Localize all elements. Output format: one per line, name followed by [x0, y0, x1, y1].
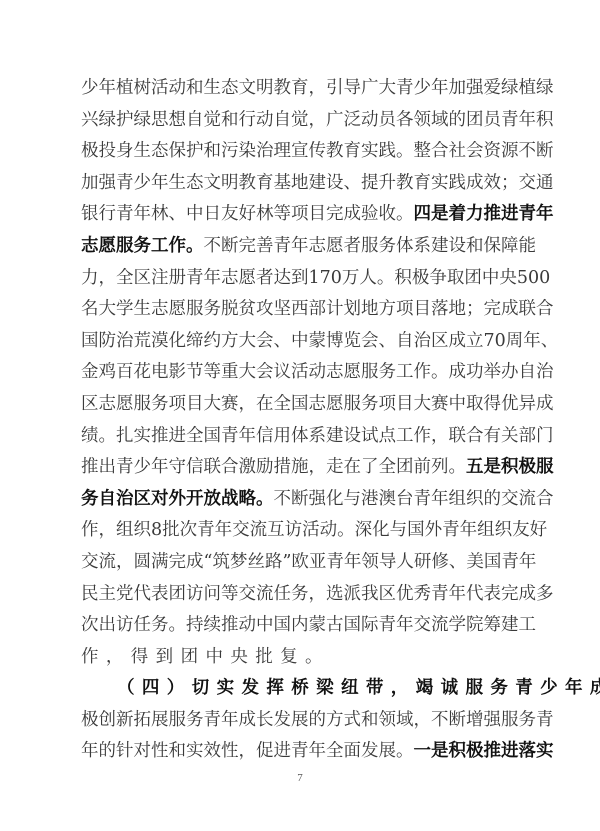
text-char: 爱 [484, 73, 502, 105]
text-char: 完 [501, 579, 519, 611]
text-char: 实 [361, 136, 379, 168]
text-char: 体 [396, 231, 414, 263]
text-char: 目 [309, 199, 327, 231]
text-char: 完 [239, 231, 257, 263]
text-char: 中 [291, 326, 309, 358]
text-char: 友 [512, 515, 530, 547]
text-char: 合 [466, 421, 484, 453]
text-char: 优 [501, 389, 519, 421]
bold-text-char: 是 [484, 452, 502, 484]
text-char: 保 [484, 231, 502, 263]
text-char: 教 [396, 168, 414, 200]
text-char: 能 [519, 231, 537, 263]
text-char: 广 [326, 105, 344, 137]
text-char: 员 [379, 105, 397, 137]
text-char: 建 [431, 231, 449, 263]
text-char: 拓 [134, 705, 152, 737]
text-char: 蒙 [309, 610, 327, 642]
text-char: 举 [484, 357, 502, 389]
text-char: 持 [186, 610, 204, 642]
text-char: 导 [379, 547, 397, 579]
text-char: 域 [431, 105, 449, 137]
text-char: 生 [134, 136, 152, 168]
text-char: 。 [396, 736, 414, 768]
text-char: 化 [169, 326, 187, 358]
text-char: 成 [536, 389, 554, 421]
text-char: 工 [396, 357, 414, 389]
text-char: 性 [221, 736, 239, 768]
text-char: 年 [81, 736, 99, 768]
bold-text-char: 志 [81, 231, 99, 263]
text-char: 的 [99, 736, 117, 768]
bold-text-char: ） [167, 673, 185, 705]
text-char: 验 [361, 199, 379, 231]
text-char: 赛 [431, 389, 449, 421]
text-char: 少 [134, 168, 152, 200]
text-char: 览 [344, 326, 362, 358]
text-char: 系 [414, 231, 432, 263]
text-char: 绿 [501, 73, 519, 105]
text-char: 行 [239, 105, 257, 137]
bold-text-char: 年 [565, 673, 583, 705]
text-char: 染 [239, 136, 257, 168]
text-char: 促 [256, 736, 274, 768]
text-char: 织 [466, 484, 484, 516]
text-line: 力，全区注册青年志愿者达到170万人。积极争取团中央500 [81, 263, 519, 295]
text-line: 名大学生志愿服务脱贫攻坚西部计划地方项目落地；完成联合 [81, 294, 519, 326]
text-char: 完 [326, 199, 344, 231]
text-char: 青 [204, 705, 222, 737]
text-char: 交 [81, 547, 99, 579]
bold-text-char: 桥 [291, 673, 309, 705]
bold-text-char: 服 [116, 231, 134, 263]
text-char: 加 [81, 168, 99, 200]
text-char: 领 [361, 547, 379, 579]
text-line: 交流，圆满完成“筑梦丝路”欧亚青年领导人研修、美国青年 [81, 547, 519, 579]
text-char: 联 [204, 452, 222, 484]
text-char: 圆 [134, 547, 152, 579]
text-char: 团 [181, 642, 199, 674]
text-char: 试 [361, 421, 379, 453]
text-char: 筑 [212, 547, 230, 579]
text-char: 不 [519, 136, 537, 168]
text-char: 年 [291, 231, 309, 263]
text-char: 地 [291, 168, 309, 200]
text-char: 续 [204, 610, 222, 642]
text-char: 育 [414, 168, 432, 200]
text-char: 年 [239, 421, 257, 453]
text-char: 的 [484, 484, 502, 516]
bold-text-char: 竭 [416, 673, 434, 705]
bold-text-char: 实 [536, 736, 554, 768]
text-char: 作 [81, 642, 99, 674]
bold-text-char: 进 [501, 199, 519, 231]
text-char: 学 [449, 610, 467, 642]
text-char: 引 [326, 73, 344, 105]
text-char: 教 [274, 73, 292, 105]
text-char: 青 [221, 421, 239, 453]
text-char: 到 [291, 263, 309, 295]
text-char: 志 [99, 389, 117, 421]
text-char: 前 [414, 452, 432, 484]
text-char: 博 [326, 326, 344, 358]
text-char: 流 [250, 515, 268, 547]
text-char: 动 [361, 105, 379, 137]
text-char: 志 [309, 389, 327, 421]
text-char: 、 [449, 547, 467, 579]
text-char: 争 [429, 263, 447, 295]
text-char: 年 [134, 199, 152, 231]
text-char: 、 [541, 326, 559, 358]
bold-text-char: 四 [414, 199, 432, 231]
text-char: 愿 [239, 263, 257, 295]
text-char: 团 [466, 105, 484, 137]
bold-text-char: 作 [169, 231, 187, 263]
text-char: 育 [291, 73, 309, 105]
text-char: 强 [466, 73, 484, 105]
text-char: 绿 [134, 105, 152, 137]
text-char: 少 [414, 73, 432, 105]
text-char: 青 [501, 105, 519, 137]
text-char: 态 [186, 168, 204, 200]
text-char: 脱 [221, 294, 239, 326]
bold-text-char: 青 [519, 199, 537, 231]
text-char: ， [106, 642, 124, 674]
text-char: 批 [162, 515, 180, 547]
text-char: 整 [414, 136, 432, 168]
text-char: 合 [431, 136, 449, 168]
text-char: 年 [449, 579, 467, 611]
text-char: 项 [379, 389, 397, 421]
text-char: 态 [151, 136, 169, 168]
text-char: 我 [361, 579, 379, 611]
text-char: 在 [344, 452, 362, 484]
text-char: 护 [186, 136, 204, 168]
bold-text-char: 年 [536, 199, 554, 231]
bold-text-char: 挥 [266, 673, 284, 705]
text-char: 交 [414, 610, 432, 642]
text-char: 成 [186, 547, 204, 579]
text-line: 志愿服务工作。不断完善青年志愿者服务体系建设和保障能 [81, 231, 519, 263]
text-char: 自 [186, 105, 204, 137]
text-char: 服 [186, 294, 204, 326]
text-char: 大 [99, 294, 117, 326]
text-char: 年 [221, 705, 239, 737]
text-char: 领 [379, 705, 397, 737]
text-char: 人 [396, 547, 414, 579]
text-char: 极 [81, 136, 99, 168]
text-char: 交 [239, 579, 257, 611]
text-line: 作，得到团中央批复。 [81, 642, 519, 674]
text-char: 流 [99, 547, 117, 579]
text-char: 得 [484, 389, 502, 421]
text-char: 建 [501, 610, 519, 642]
text-char: 域 [396, 705, 414, 737]
text-char: 年 [151, 452, 169, 484]
document-body-text: 少年植树活动和生态文明教育，引导广大青少年加强爱绿植绿兴绿护绿思想自觉和行动自觉… [81, 73, 519, 768]
text-char: 访 [285, 515, 303, 547]
text-char: 工 [396, 421, 414, 453]
text-char: 设 [326, 168, 344, 200]
text-char: 成 [449, 326, 467, 358]
text-char: 想 [169, 105, 187, 137]
text-char: 地 [449, 294, 467, 326]
text-line: （四）切实发挥桥梁纽带，竭诚服务青少年成长成才。积 [81, 673, 519, 705]
text-char: 8 [151, 515, 162, 547]
text-char: 流 [519, 484, 537, 516]
text-char: 合 [536, 484, 554, 516]
text-char: 台 [396, 484, 414, 516]
text-char: 。 [396, 136, 414, 168]
text-char: 国 [407, 515, 425, 547]
text-char: 中 [256, 610, 274, 642]
text-char: 联 [519, 294, 537, 326]
text-line: 极创新拓展服务青年成长发展的方式和领域，不断增强服务青 [81, 705, 519, 737]
text-char: 愿 [326, 389, 344, 421]
text-char: ， [431, 421, 449, 453]
text-char: 扎 [116, 421, 134, 453]
text-char: 组 [116, 515, 134, 547]
text-char: 青 [536, 705, 554, 737]
text-char: 升 [379, 168, 397, 200]
text-char: 明 [221, 168, 239, 200]
text-char: 内 [291, 610, 309, 642]
text-char: 500 [517, 263, 550, 295]
text-char: 青 [442, 515, 460, 547]
text-line: 兴绿护绿思想自觉和行动自觉，广泛动员各领域的团员青年积 [81, 105, 519, 137]
text-char: 复 [280, 642, 298, 674]
text-char: 针 [116, 736, 134, 768]
text-char: 多 [536, 579, 554, 611]
text-char: 务 [151, 610, 169, 642]
text-char: 古 [326, 610, 344, 642]
bold-text-char: 务 [134, 231, 152, 263]
text-char: 全 [326, 736, 344, 768]
bold-text-char: 开 [186, 484, 204, 516]
text-char: 体 [291, 421, 309, 453]
text-char: 加 [449, 73, 467, 105]
text-char: 区 [431, 326, 449, 358]
text-char: ” [282, 547, 291, 579]
text-char: 务 [379, 231, 397, 263]
text-char: 好 [530, 515, 548, 547]
text-char: 动 [239, 610, 257, 642]
text-char: ， [309, 73, 327, 105]
text-char: 者 [256, 263, 274, 295]
text-char: 员 [484, 105, 502, 137]
text-char: 大 [239, 326, 257, 358]
text-char: 门 [536, 421, 554, 453]
text-char: 进 [274, 736, 292, 768]
text-char: 满 [151, 547, 169, 579]
text-char: 计 [326, 294, 344, 326]
text-char: 议 [274, 357, 292, 389]
text-char: 缔 [186, 326, 204, 358]
text-char: 作 [81, 515, 99, 547]
text-char: 约 [204, 326, 222, 358]
text-char: 划 [344, 294, 362, 326]
text-char: 区 [81, 389, 99, 421]
text-char: 动 [320, 515, 338, 547]
text-char: 志 [309, 231, 327, 263]
text-char: 工 [519, 610, 537, 642]
text-char: 交 [501, 484, 519, 516]
text-char: 赛 [221, 389, 239, 421]
text-char: 的 [309, 705, 327, 737]
bold-text-char: 推 [484, 199, 502, 231]
text-char: 效 [204, 736, 222, 768]
text-char: 美 [466, 547, 484, 579]
text-char: 70 [484, 326, 506, 358]
text-char: 者 [344, 231, 362, 263]
text-char: 金 [81, 357, 99, 389]
text-char: 互 [267, 515, 285, 547]
text-line: 次出访任务。持续推动中国内蒙古国际青年交流学院筹建工 [81, 610, 519, 642]
text-char: 实 [431, 168, 449, 200]
text-char: 学 [116, 294, 134, 326]
text-char: 的 [449, 105, 467, 137]
text-char: 方 [379, 294, 397, 326]
text-char: 服 [344, 389, 362, 421]
text-char: 国 [81, 326, 99, 358]
text-char: 取 [466, 389, 484, 421]
bold-text-char: 极 [519, 452, 537, 484]
text-char: 访 [186, 579, 204, 611]
text-char: 年 [523, 326, 541, 358]
text-char: 中 [186, 199, 204, 231]
text-char: 服 [361, 231, 379, 263]
text-char: 年 [431, 484, 449, 516]
text-char: 成 [344, 199, 362, 231]
text-char: 信 [186, 452, 204, 484]
text-char: 社 [449, 136, 467, 168]
text-char: 式 [344, 705, 362, 737]
text-line: 绩。扎实推进全国青年信用体系建设试点工作，联合有关部门 [81, 421, 519, 453]
text-char: 项 [291, 199, 309, 231]
text-char: ； [501, 168, 519, 200]
text-char: 动 [256, 105, 274, 137]
text-char: 港 [361, 484, 379, 516]
text-char: 国 [484, 547, 502, 579]
text-char: 和 [204, 136, 222, 168]
text-char: 鸡 [99, 357, 117, 389]
bold-text-char: 落 [519, 736, 537, 768]
bold-text-char: 五 [466, 452, 484, 484]
text-char: 年 [431, 73, 449, 105]
text-char: 少 [134, 452, 152, 484]
text-char: 发 [274, 705, 292, 737]
bold-text-char: 带 [366, 673, 384, 705]
text-char: 导 [344, 73, 362, 105]
bold-text-char: 极 [466, 736, 484, 768]
text-char: ， [239, 389, 257, 421]
text-char: 。 [396, 199, 414, 231]
text-char: 自 [519, 357, 537, 389]
text-char: 区 [134, 263, 152, 295]
bold-text-char: 战 [221, 484, 239, 516]
text-char: 治 [116, 326, 134, 358]
text-char: 批 [255, 642, 273, 674]
text-char: 影 [169, 357, 187, 389]
text-char: 大 [379, 73, 397, 105]
text-char: 会 [466, 136, 484, 168]
text-char: ， [239, 736, 257, 768]
text-char: 志 [326, 357, 344, 389]
text-char: 文 [204, 168, 222, 200]
text-line: 作，组织8批次青年交流互访活动。深化与国外青年组织友好 [81, 515, 519, 547]
text-char: 创 [99, 705, 117, 737]
text-char: 践 [449, 168, 467, 200]
text-char: 断 [291, 484, 309, 516]
text-char: 保 [169, 136, 187, 168]
bold-text-char: 自 [99, 484, 117, 516]
text-char: 服 [169, 705, 187, 737]
text-char: 实 [186, 736, 204, 768]
text-char: 务 [379, 357, 397, 389]
text-char: 障 [501, 231, 519, 263]
text-char: 成 [449, 357, 467, 389]
document-page: 少年植树活动和生态文明教育，引导广大青少年加强爱绿植绿兴绿护绿思想自觉和行动自觉… [0, 0, 600, 831]
text-char: 组 [477, 515, 495, 547]
text-char: 异 [519, 389, 537, 421]
text-char: 了 [361, 452, 379, 484]
text-char: 青 [431, 579, 449, 611]
text-char: 兴 [81, 105, 99, 137]
text-char: 目 [414, 294, 432, 326]
text-char: 全 [186, 421, 204, 453]
text-char: 不 [204, 231, 222, 263]
text-char: 联 [449, 421, 467, 453]
text-char: 方 [326, 705, 344, 737]
text-char: 组 [449, 484, 467, 516]
text-char: 研 [414, 547, 432, 579]
text-char: 万 [342, 263, 360, 295]
text-char: 力 [81, 263, 99, 295]
text-char: 国 [344, 610, 362, 642]
text-char: 央 [499, 263, 517, 295]
bold-text-char: 外 [169, 484, 187, 516]
text-char: 中 [482, 263, 500, 295]
text-char: 大 [414, 389, 432, 421]
text-char: 治 [256, 136, 274, 168]
text-char: 措 [274, 452, 292, 484]
bold-text-char: 诚 [441, 673, 459, 705]
text-char: 极 [81, 705, 99, 737]
text-char: 主 [99, 579, 117, 611]
text-char: 、 [274, 326, 292, 358]
text-char: 会 [361, 326, 379, 358]
text-char: 注 [151, 263, 169, 295]
text-char: 全 [379, 452, 397, 484]
text-char: 全 [116, 263, 134, 295]
text-char: 传 [309, 136, 327, 168]
text-char: 活 [151, 73, 169, 105]
bold-text-char: 进 [501, 736, 519, 768]
text-char: 册 [169, 263, 187, 295]
text-char: 重 [221, 357, 239, 389]
bold-text-char: 是 [431, 736, 449, 768]
text-char: 积 [536, 105, 554, 137]
text-char: 守 [169, 452, 187, 484]
text-char: 问 [204, 579, 222, 611]
bold-text-char: 青 [515, 673, 533, 705]
text-char: 推 [221, 610, 239, 642]
text-char: 坚 [274, 294, 292, 326]
text-char: 地 [361, 294, 379, 326]
text-char: 务 [186, 705, 204, 737]
text-char: 愿 [326, 231, 344, 263]
text-char: 与 [390, 515, 408, 547]
